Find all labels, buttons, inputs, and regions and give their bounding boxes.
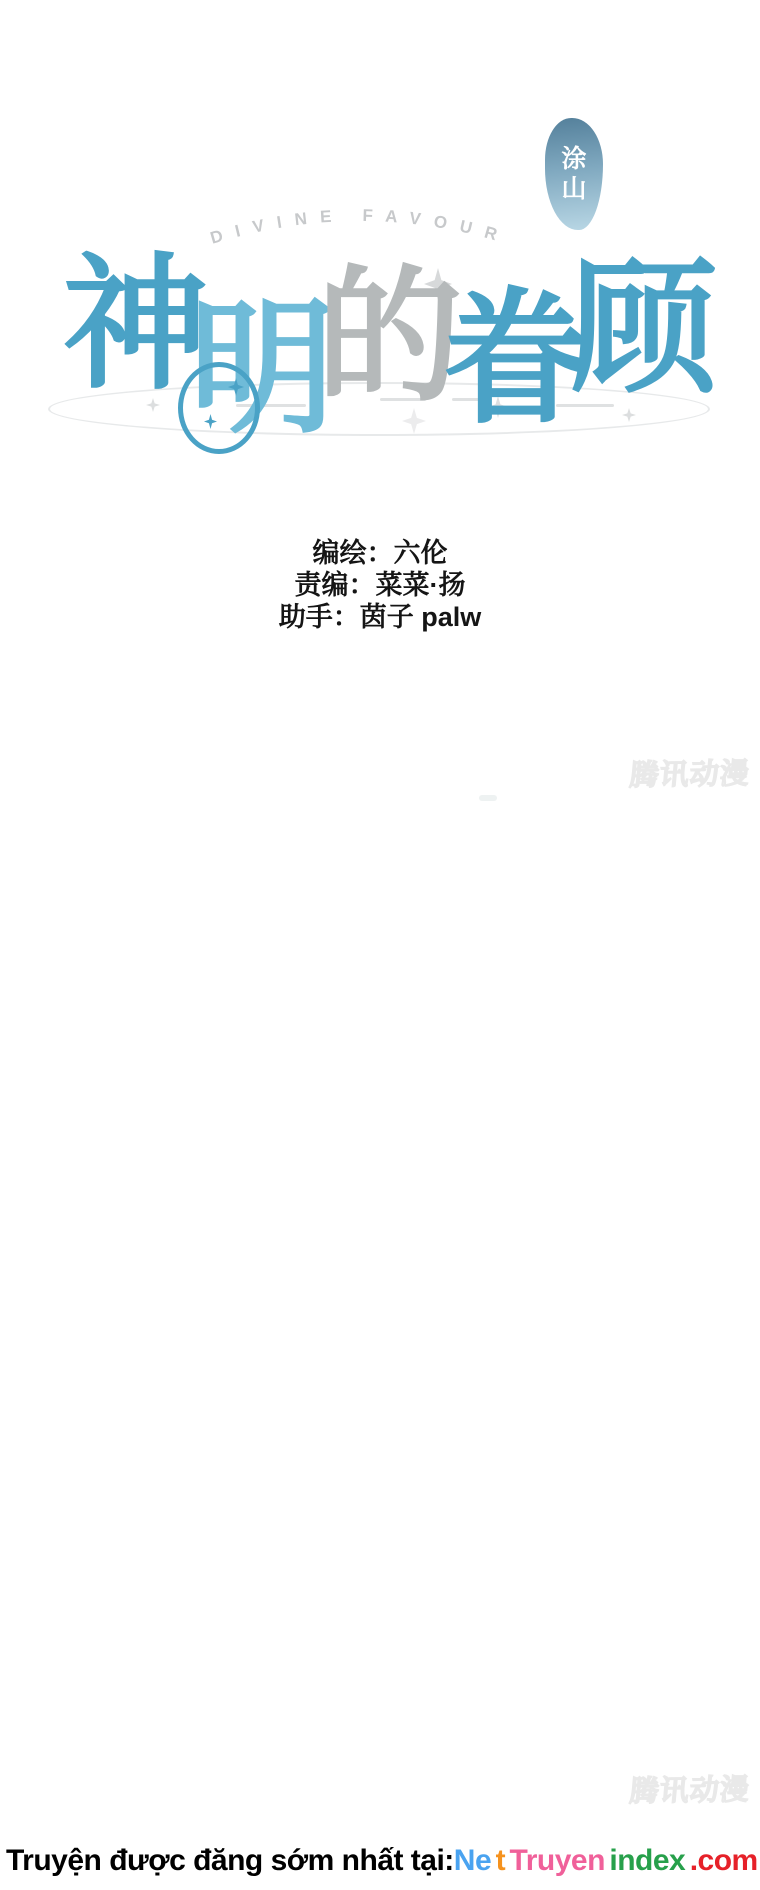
tencent-comics-watermark: 腾讯动漫 bbox=[622, 751, 758, 794]
site-segment: Ne bbox=[454, 1844, 491, 1877]
title-char-gu: 顾 bbox=[571, 256, 698, 402]
title-char-shen: 神 bbox=[63, 252, 190, 398]
comic-title-page: { "logo": { "english_title": "DIVINE FAV… bbox=[0, 0, 760, 1890]
badge-char-bottom: 山 bbox=[561, 176, 586, 202]
site-segment: Truyen bbox=[510, 1844, 605, 1877]
english-subtitle: DIVINE FAVOUR bbox=[208, 206, 512, 248]
credit-line-artist: 编绘：六伦 bbox=[0, 538, 760, 570]
site-segment: .com bbox=[690, 1844, 758, 1877]
main-title: 神 明 的 眷 顾 bbox=[0, 252, 760, 398]
credit-line-editor: 责编：菜菜·扬 bbox=[0, 570, 760, 602]
title-char-de: 的 bbox=[317, 264, 444, 410]
sun-circle-decoration bbox=[178, 362, 260, 454]
site-wordmark: Ne t Truyen index .com bbox=[454, 1844, 758, 1878]
badge-char-top: 涂 bbox=[561, 146, 586, 172]
credit-line-assistant: 助手：茵子 palw bbox=[0, 602, 760, 634]
footer-credit-bar: Truyện được đăng sớm nhất tại: Ne t Truy… bbox=[0, 1832, 760, 1890]
faint-mark bbox=[479, 795, 497, 801]
tencent-comics-watermark: 腾讯动漫 bbox=[622, 1767, 758, 1810]
site-segment: index bbox=[609, 1844, 685, 1877]
title-char-juan: 眷 bbox=[444, 286, 571, 432]
footer-text: Truyện được đăng sớm nhất tại: bbox=[6, 1844, 454, 1878]
site-segment: t bbox=[496, 1844, 506, 1877]
logo-section: DIVINE FAVOUR 涂 山 神 明 的 眷 顾 bbox=[0, 0, 760, 470]
svg-text:DIVINE FAVOUR: DIVINE FAVOUR bbox=[208, 206, 512, 248]
credits-block: 编绘：六伦 责编：菜菜·扬 助手：茵子 palw bbox=[0, 538, 760, 634]
